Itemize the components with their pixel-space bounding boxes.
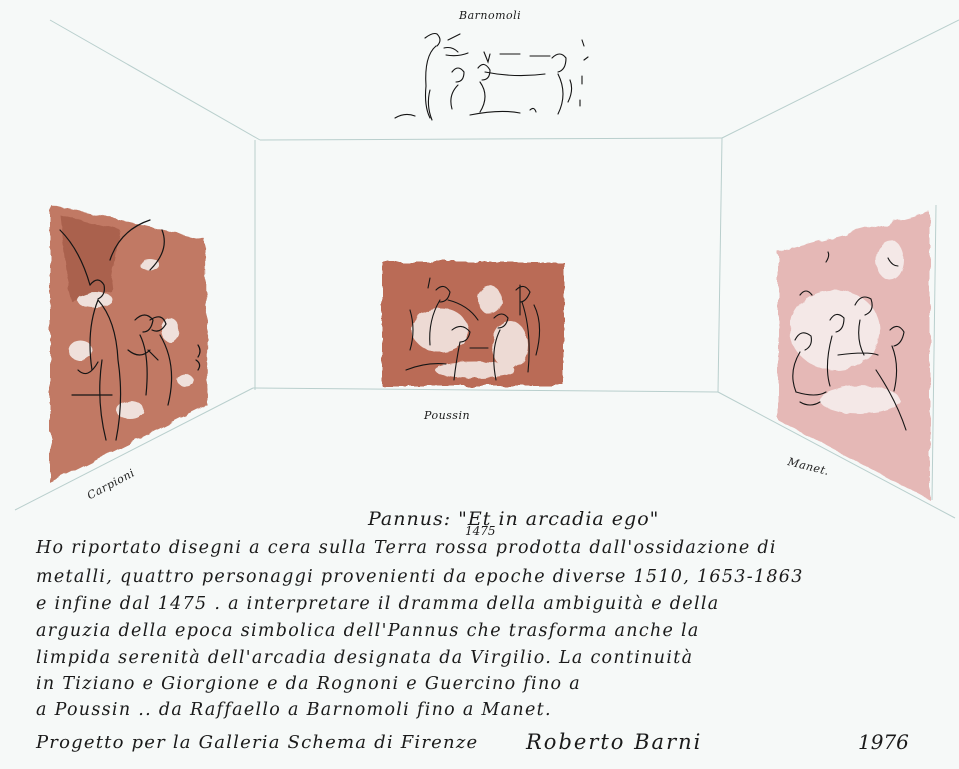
right-wall-painting	[778, 212, 930, 500]
back-wall-painting	[382, 262, 564, 386]
ceiling-drawing	[395, 34, 588, 121]
notes-line-2: metalli, quattro personaggi provenienti …	[36, 567, 804, 587]
notes-title: Pannus: "Et in arcadia ego"	[368, 508, 659, 530]
notes-line-5: limpida serenità dell'arcadia designata …	[36, 648, 693, 668]
artist-signature: Roberto Barni	[526, 730, 702, 754]
notes-line-6: in Tiziano e Giorgione e da Rognoni e Gu…	[36, 674, 581, 694]
left-wall-painting	[50, 204, 207, 483]
signature-year: 1976	[858, 730, 909, 754]
ceiling-panel-label: Barnomoli	[459, 9, 521, 22]
back-panel-label: Poussin	[424, 409, 470, 422]
notes-date-insert: 1475	[465, 524, 496, 538]
notes-line-1: Ho riportato disegni a cera sulla Terra …	[36, 538, 777, 558]
sketch-sheet: Barnomoli Carpioni Poussin Manet. Pannus…	[0, 0, 959, 769]
notes-footer: Progetto per la Galleria Schema di Firen…	[36, 732, 478, 753]
notes-line-4: arguzia della epoca simbolica dell'Pannu…	[36, 621, 700, 641]
notes-line-3: e infine dal 1475 . a interpretare il dr…	[36, 594, 720, 614]
notes-line-7: a Poussin .. da Raffaello a Barnomoli fi…	[36, 700, 552, 720]
